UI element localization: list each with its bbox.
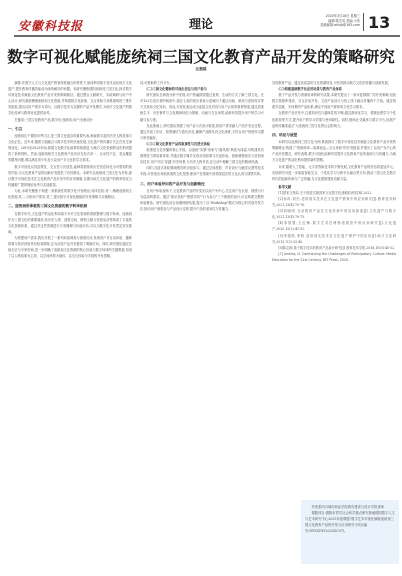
paragraph: 叙事是文化传播的核心手段。以庞统"凤雏"形象与"落凤坡"典故为线索,可构建具有情… (140, 147, 264, 165)
column-2: 同,可借助的工作平台。 (二)三国文化精神的可视化表达与用户参与 研究团队在调查… (140, 80, 264, 212)
paragraph: 同时,沉浸式体验强调感官的全面参与。通过空间投影、声音设计与触觉反馈等技术手段,… (140, 165, 264, 177)
paragraph: 为此,本研究聚焦于构建一套系统性的数字化开发路径,具体包括:其一,梳理庞统祠文化… (8, 188, 132, 200)
column-3: 呈现教育产品。通过高质量的文化资源转化,可有效推动地方文化的传播与创新发展。 (… (272, 80, 396, 263)
reference-item: [2]孙冉,刘杰.虚拟现实技术在文化遗产教育中的应用研究[J].教育技术研究,2… (272, 196, 396, 208)
issue-date: 2020年3月18日 星期三 (320, 14, 360, 19)
paragraph: 在数字时代,文化遗产的活化利用离不开对文化资源的系统整理与数字转译。庞统祠作为三… (8, 211, 132, 235)
section-heading-three: 三、用户体验导向的产品开发与创新路径 (140, 181, 264, 187)
keywords: 关键词:三国文化教育产品;数字化;庞统祠;用户;创意设计 (8, 117, 132, 123)
paragraph: 庞统祠位于德阳市罗江区,是三国文化遗存的重要代表,承载着丰富的历史人物故事与文化… (8, 133, 132, 163)
article-author: 汪楷越 (0, 67, 402, 72)
paragraph: 本研究以庞统祠三国文化为例,系统探讨了数字可视化技术赋能文化教育产品开发的策略路… (272, 139, 396, 163)
paragraph: 研究团队在调查分析中发现,用户普遍期望通过直观、生动的方式了解三国文化。在对12… (140, 92, 264, 122)
section-heading-four: 四、结论与展望 (272, 132, 396, 138)
reference-item: [4]李国强,王红梅.数字艺术在博物馆展览中的应用研究[J].文化遗产,2020… (272, 220, 396, 232)
section-heading-two: 二、庞统祠所承载的三国文化资源的数字转译机制 (8, 203, 132, 209)
paragraph: 未来,随着人工智能、元宇宙等新技术的不断发展,文化教育产品的形态将更加多元。后续… (272, 164, 396, 182)
reference-item: [7] Jenkins, H. Confronting the Challeng… (272, 251, 396, 263)
section-name: 理论 (189, 15, 213, 32)
paragraph: 在教育产品开发中,注重知识性与趣味性的平衡,通过游戏化学习、情境化教学与个性化推… (272, 110, 396, 128)
author-info-box: 作者系四川城市职业学院城市建设与设计学院讲师 课题项目:德阳市哲学社会科学重点研… (301, 500, 399, 564)
paragraph: 基于产品开发与资源转译的研究成果,本研究提出了一套可复制推广的开发策略,包括数字… (272, 92, 396, 110)
paragraph: 为把握用户需求,我们开展了一系列问卷调查与深度访谈,发现用户对互动体验、趣味叙事… (8, 235, 132, 259)
reference-item: [5]李建国,李明.虚拟现实技术在文化遗产保护中的应用[J].地方文化研究,20… (272, 233, 396, 245)
issue-email: 投稿邮箱:ahkjb@163.com (320, 23, 360, 28)
reference-item: [3]刘晓明.互动教育产品在文化传承中的应用探索[J].文化遗产与数字化,202… (272, 208, 396, 220)
divider (363, 13, 364, 31)
column-1: 摘要:在数字人文与文化遗产教育深度融合的背景下,如何利用数字技术活化地方文化遗产… (8, 80, 132, 259)
paragraph: 在此基础上,研究团队构建了用户参与式设计框架,将用户需求融入产品开发全过程。通过… (140, 123, 264, 141)
masthead: 安徽科技报 理论 2020年3月18日 星期三 编辑:陈杰英 美编:小美 投稿邮… (0, 0, 402, 38)
page-number: 13 (368, 13, 390, 32)
paragraph: 在用户体验视角下,文化教育产品的开发应以用户为中心,关注用户在认知、情感与行为层… (140, 188, 264, 212)
issue-meta: 2020年3月18日 星期三 编辑:陈杰英 美编:小美 投稿邮箱:ahkjb@1… (320, 14, 360, 28)
article-title: 数字可视化赋能庞统祠三国文化教育产品开发的策略研究 (0, 45, 402, 67)
section-heading-intro: 一、引言 (8, 126, 132, 132)
newspaper-logo: 安徽科技报 (18, 17, 83, 34)
abstract: 摘要:在数字人文与文化遗产教育深度融合的背景下,如何利用数字技术活化地方文化遗产… (8, 80, 132, 117)
header-rule (14, 35, 400, 37)
paragraph: 数字可视化以其直观性、交互性与沉浸性,能够将抽象的历史信息转化为可感知的视觉内容… (8, 164, 132, 188)
project-funding: 课题项目:德阳市哲学社会科学重点研究基地德阳数字人文与艺术研究中心2025年度课… (305, 510, 395, 534)
reference-item: [6]陈志刚.基于数字技术的教育产品设计研究[J].教育技术学报,2018,10… (272, 245, 396, 251)
